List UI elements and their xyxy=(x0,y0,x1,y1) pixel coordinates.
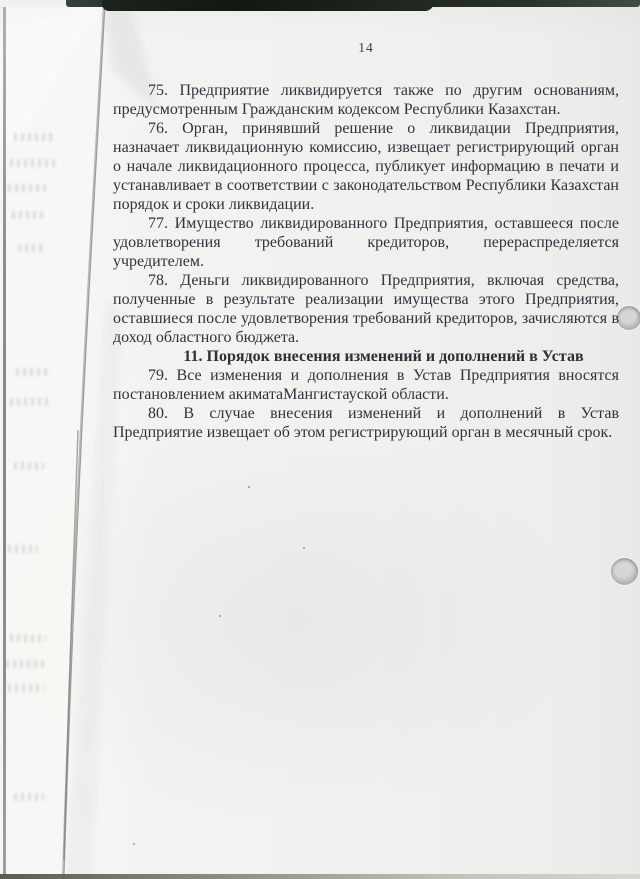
bleed-through-text xyxy=(12,211,43,219)
dust-speck xyxy=(303,547,305,549)
bleed-through-text xyxy=(14,462,44,470)
dust-speck xyxy=(219,615,221,617)
bleed-through-text xyxy=(18,244,45,252)
document-body: 75. Предприятие ликвидируется также по д… xyxy=(113,81,619,442)
page-number: 14 xyxy=(113,40,619,56)
bleed-through-text xyxy=(14,133,54,141)
hole-punch-top xyxy=(617,306,640,330)
bleed-through-text xyxy=(14,793,44,801)
bleed-through-text xyxy=(10,398,51,406)
hole-punch-bottom xyxy=(611,558,638,585)
bleed-through-text xyxy=(10,634,46,642)
paragraph-80: 80. В случае внесения изменений и дополн… xyxy=(113,404,619,442)
dust-speck xyxy=(133,843,135,845)
paragraph-78: 78. Деньги ликвидированного Предприятия,… xyxy=(113,271,619,347)
bleed-through-text xyxy=(8,184,48,192)
bleed-through-text xyxy=(8,545,38,553)
section-heading: 11. Порядок внесения изменений и дополне… xyxy=(113,347,619,366)
bleed-through-text xyxy=(6,660,47,668)
bleed-through-text xyxy=(16,368,50,376)
scan-left-edge-line xyxy=(3,7,6,875)
paragraph-76: 76. Орган, принявший решение о ликвидаци… xyxy=(113,119,619,214)
paragraph-79: 79. Все изменения и дополнения в Устав П… xyxy=(113,366,619,404)
paragraph-77: 77. Имущество ликвидированного Предприят… xyxy=(113,214,619,271)
paper-shading xyxy=(0,430,640,879)
scan-top-edge-shadow-thick xyxy=(102,0,434,11)
dust-speck xyxy=(248,486,250,488)
bleed-through-text xyxy=(8,684,44,692)
scan-bottom-edge-shadow xyxy=(0,874,640,879)
paragraph-75: 75. Предприятие ликвидируется также по д… xyxy=(113,81,619,119)
bleed-through-text xyxy=(10,159,56,167)
